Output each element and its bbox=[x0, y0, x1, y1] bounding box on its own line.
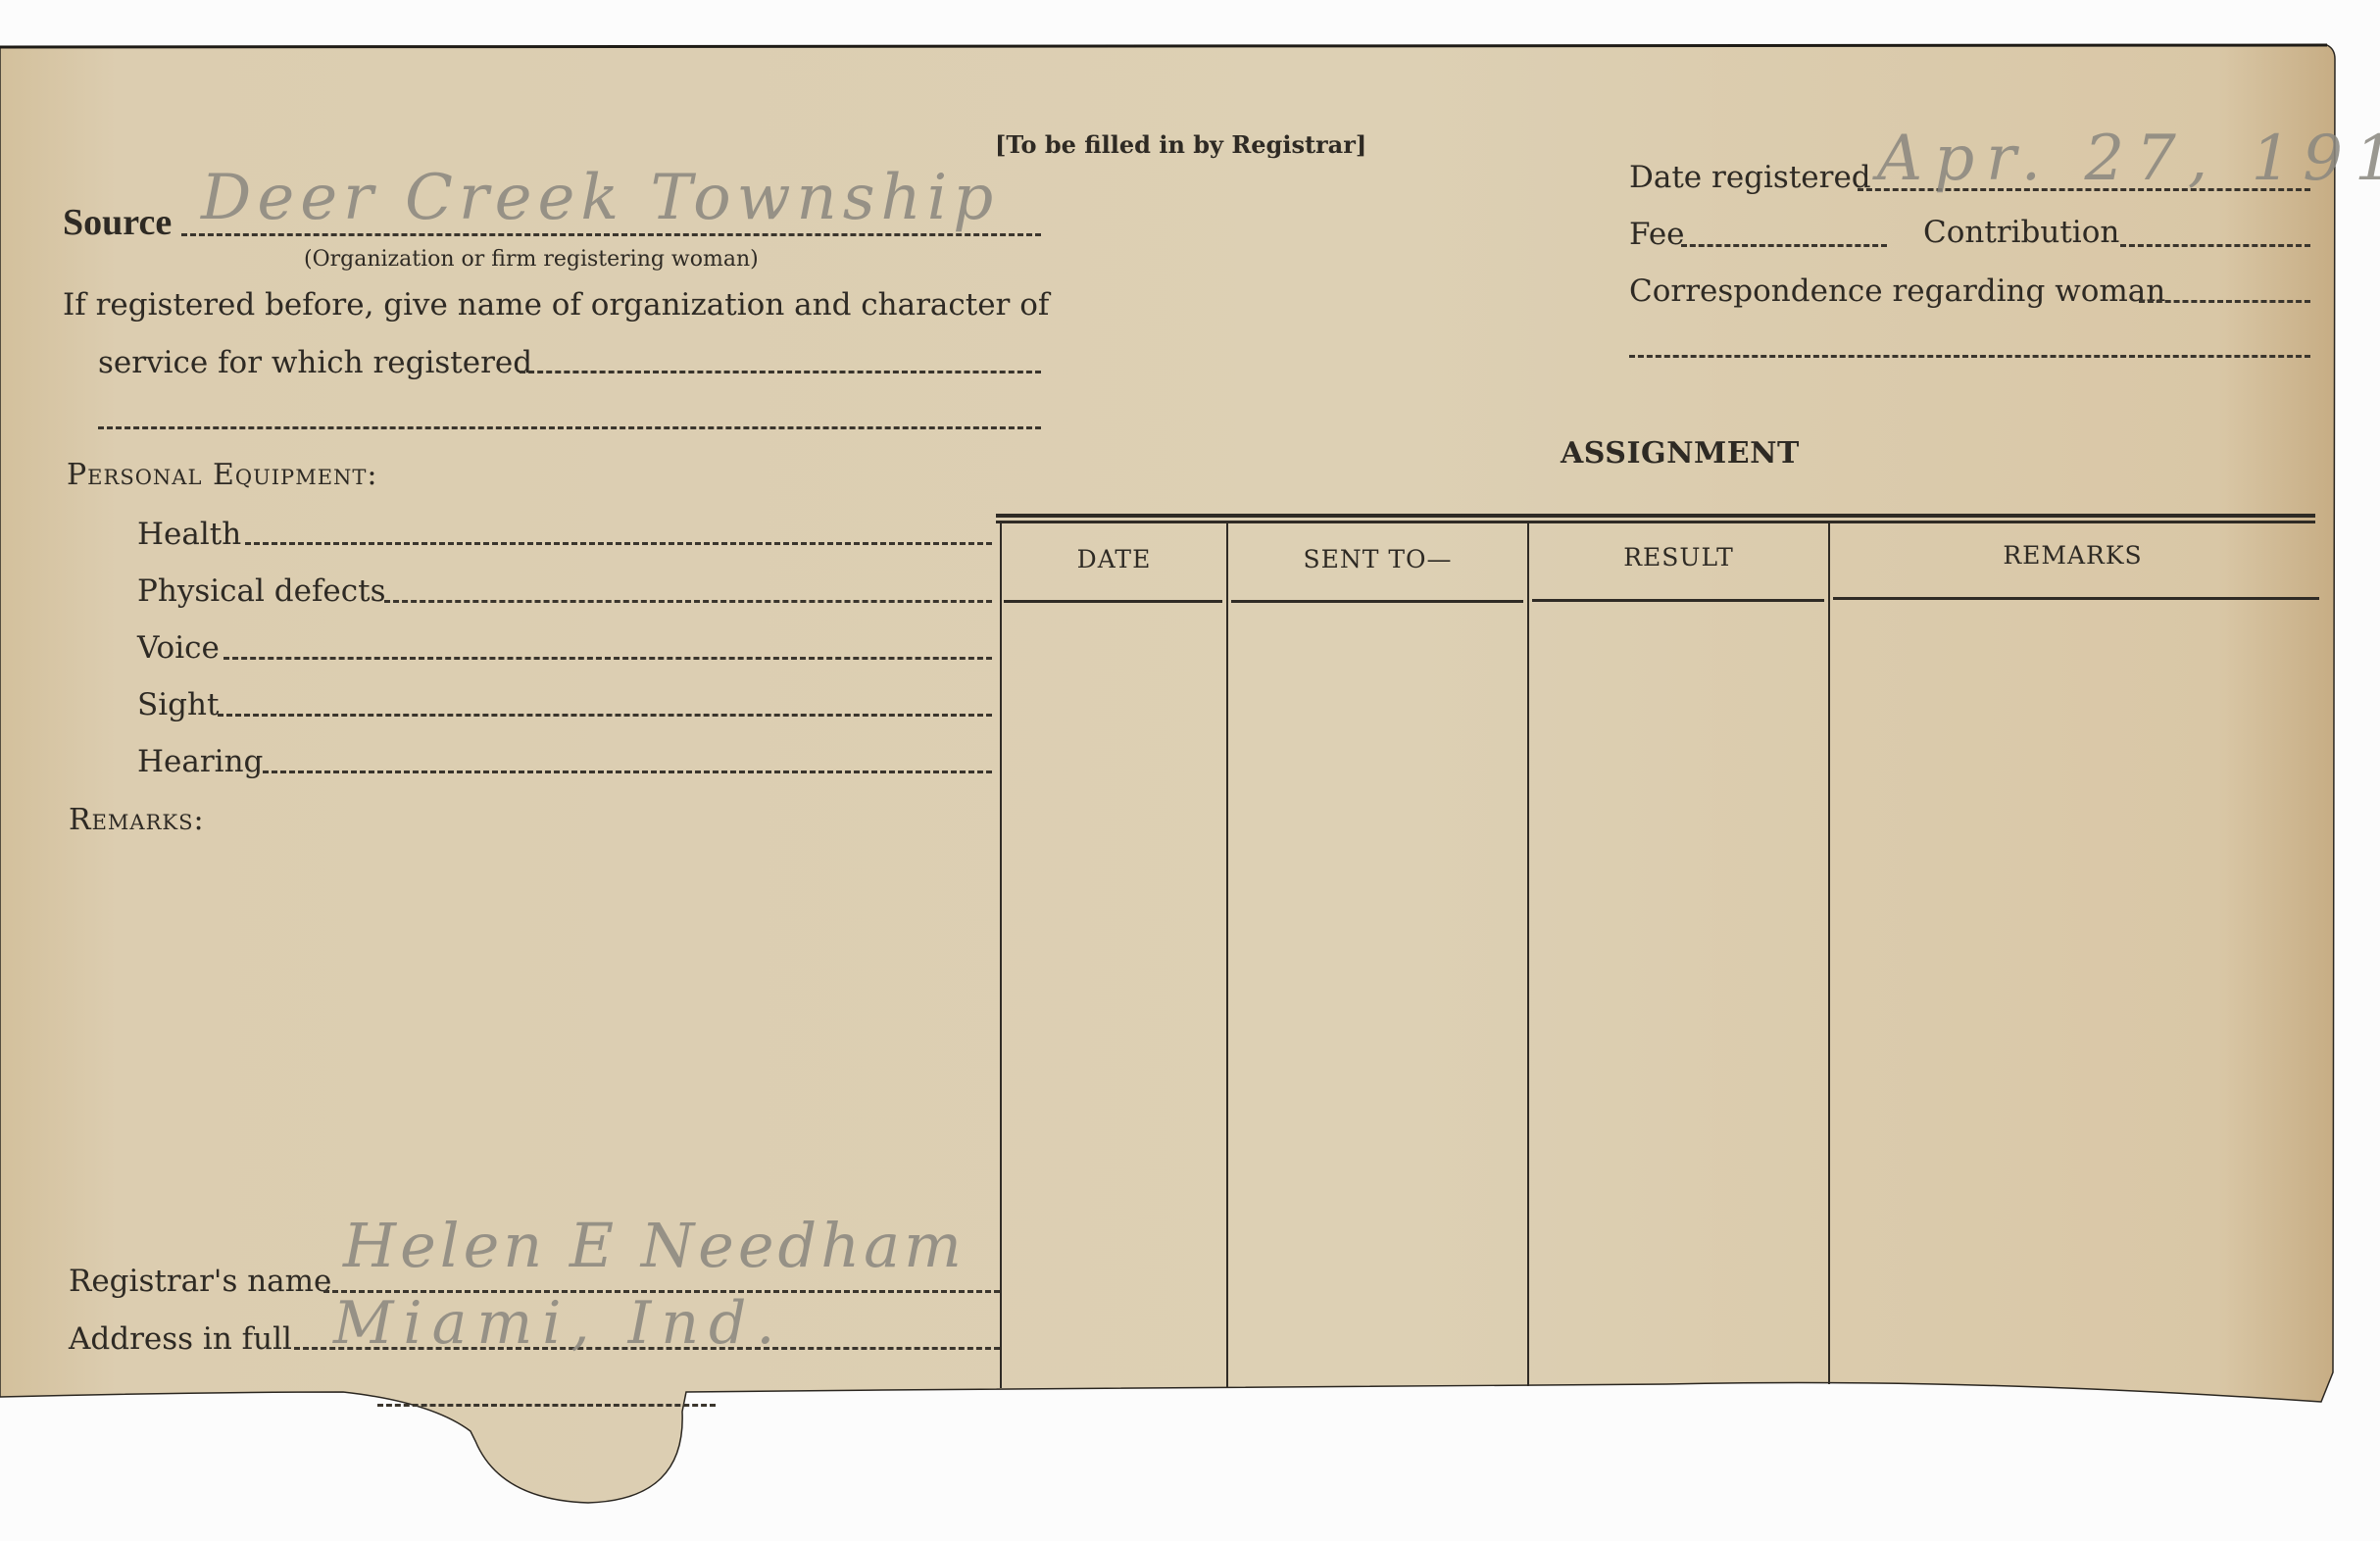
physical-defects-label: Physical defects bbox=[137, 576, 386, 607]
assignment-sent-to-cell[interactable] bbox=[1228, 604, 1527, 1383]
health-label: Health bbox=[137, 520, 241, 550]
source-value-handwritten: Deer Creek Township bbox=[201, 167, 999, 229]
column-header-result: RESULT bbox=[1529, 543, 1828, 572]
personal-equipment-title: Personal Equipment: bbox=[67, 461, 378, 490]
remarks-title: Remarks: bbox=[69, 806, 205, 835]
table-header-rule bbox=[1532, 599, 1824, 602]
remarks-area[interactable] bbox=[69, 843, 990, 1235]
fee-field-line[interactable] bbox=[1681, 244, 1887, 247]
voice-field-line[interactable] bbox=[223, 657, 992, 660]
address-value-handwritten: Miami, Ind. bbox=[333, 1294, 784, 1353]
source-caption: (Organization or firm registering woman) bbox=[304, 249, 759, 271]
correspondence-field-line-2[interactable] bbox=[1629, 355, 2310, 358]
table-top-rule bbox=[996, 514, 2315, 518]
column-header-date: DATE bbox=[1002, 545, 1226, 573]
assignment-remarks-cell[interactable] bbox=[1830, 602, 2315, 1381]
assignment-date-cell[interactable] bbox=[1002, 604, 1226, 1383]
contribution-label: Contribution bbox=[1923, 218, 2119, 248]
contribution-field-line[interactable] bbox=[2120, 244, 2310, 247]
registrar-name-value-handwritten: Helen E Needham bbox=[343, 1216, 966, 1276]
voice-label: Voice bbox=[137, 633, 220, 664]
table-header-rule bbox=[1004, 600, 1222, 603]
prior-registration-field-line-2[interactable] bbox=[98, 426, 1041, 429]
hearing-label: Hearing bbox=[137, 747, 263, 777]
correspondence-label: Correspondence regarding woman bbox=[1629, 276, 2165, 307]
prior-registration-field-line[interactable] bbox=[520, 371, 1041, 373]
table-top-rule-2 bbox=[996, 521, 2315, 523]
source-label: Source bbox=[63, 204, 172, 241]
health-field-line[interactable] bbox=[245, 542, 992, 545]
tab-field-line bbox=[377, 1404, 716, 1407]
physical-defects-field-line[interactable] bbox=[384, 600, 992, 603]
sight-field-line[interactable] bbox=[218, 714, 992, 717]
table-header-rule bbox=[1833, 597, 2319, 600]
address-label: Address in full bbox=[69, 1324, 292, 1355]
table-header-rule bbox=[1231, 600, 1523, 603]
hearing-field-line[interactable] bbox=[263, 770, 992, 773]
correspondence-field-line[interactable] bbox=[2139, 300, 2310, 303]
column-header-remarks: REMARKS bbox=[1830, 541, 2315, 570]
fee-label: Fee bbox=[1629, 220, 1685, 250]
registrar-note: [To be filled in by Registrar] bbox=[995, 133, 1366, 157]
prior-registration-prompt: If registered before, give name of organ… bbox=[63, 290, 1049, 321]
date-registered-value-handwritten: Apr. 27, 1918 bbox=[1877, 127, 2380, 190]
assignment-result-cell[interactable] bbox=[1529, 604, 1828, 1383]
prior-registration-prompt-2: service for which registered bbox=[98, 348, 532, 378]
sight-label: Sight bbox=[137, 690, 219, 721]
registrar-name-label: Registrar's name bbox=[69, 1267, 331, 1297]
date-registered-label: Date registered bbox=[1629, 163, 1871, 193]
assignment-title: ASSIGNMENT bbox=[1561, 439, 1800, 469]
column-header-sent-to: SENT TO— bbox=[1228, 545, 1527, 573]
